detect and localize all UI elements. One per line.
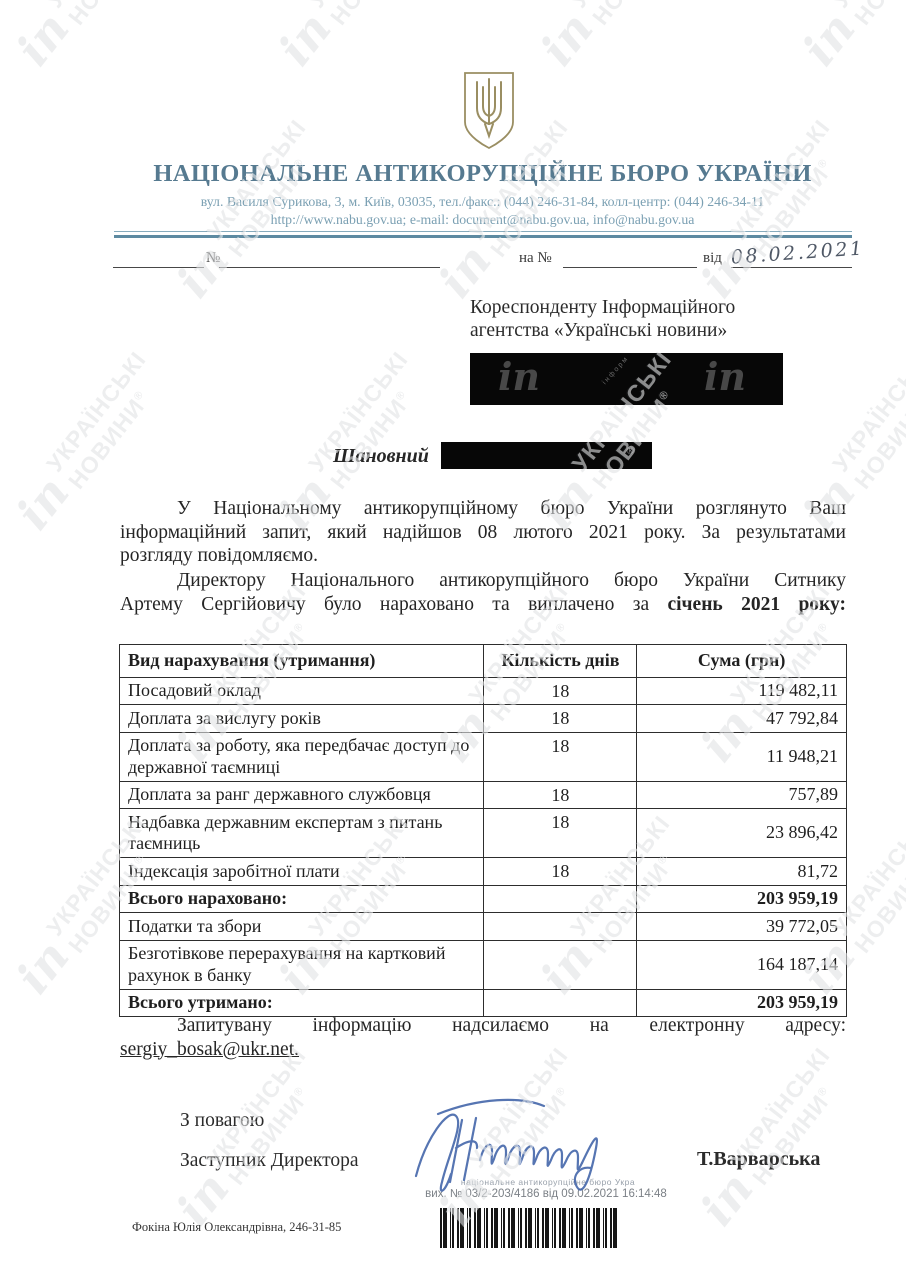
handwritten-date: 08.02.2021 (730, 237, 865, 268)
table-cell: 203 959,19 (637, 989, 847, 1017)
watermark-logo-icon: іп (6, 466, 80, 539)
table-cell: Доплата за роботу, яка передбачає доступ… (120, 732, 484, 781)
p2-line1: Директору Національного антикорупційного… (120, 569, 846, 593)
redaction-box-name: ® (441, 442, 652, 469)
table-row: Доплата за вислугу років1847 792,84 (120, 705, 847, 733)
addressee-line1: Кореспонденту Інформаційного (470, 296, 810, 319)
table-cell: Індексація заробітної плати (120, 858, 484, 886)
paragraph-1: У Національному антикорупційному бюро Ук… (120, 497, 846, 568)
table-row: Індексація заробітної плати1881,72 (120, 858, 847, 886)
closing-line1: Запитувану інформацію надсилаємо на елек… (120, 1014, 846, 1038)
watermark-text: УКРАЇНСЬКІНОВИНИ® (42, 0, 172, 29)
watermark-logo-icon: іп (166, 234, 240, 307)
table-cell: Доплата за ранг державного службовця (120, 781, 484, 809)
watermark-tile: іпУКРАЇНСЬКІНОВИНИ® (690, 1042, 857, 1235)
outgoing-number-line2 (219, 249, 440, 268)
table-row: Податки та збори39 772,05 (120, 913, 847, 941)
watermark-text: УКРАЇНСЬКІНОВИНИ® (304, 347, 434, 493)
table-cell: 11 948,21 (637, 732, 847, 781)
table-cell (484, 989, 637, 1017)
outgoing-number-line (113, 249, 204, 268)
salary-table: Вид нарахування (утримання) Кількість дн… (119, 644, 847, 1017)
watermark-tile: іпУКРАЇНСЬКІНОВИНИ® (6, 0, 173, 76)
date-line: 08.02.2021 (731, 245, 852, 268)
table-cell: Всього утримано: (120, 989, 484, 1017)
registered-mark: ® (626, 446, 634, 457)
table-cell: 164 187,14 (637, 940, 847, 989)
watermark-text: УКРАЇНСЬКІНОВИНИ® (42, 347, 172, 493)
addressee-block: Кореспонденту Інформаційного агентства «… (470, 296, 810, 342)
email-address: sergiy_bosak@ukr.net. (120, 1039, 299, 1060)
table-row: Посадовий оклад18119 482,11 (120, 677, 847, 705)
salary-table-body: Посадовий оклад18119 482,11Доплата за ви… (120, 677, 847, 1017)
table-row: Всього утримано:203 959,19 (120, 989, 847, 1017)
watermark-tile: іпУКРАЇНСЬКІНОВИНИ® (690, 114, 857, 307)
executor-contact: Фокіна Юлія Олександрівна, 246-31-85 (132, 1220, 341, 1235)
table-row: Доплата за ранг державного службовця1875… (120, 781, 847, 809)
p1-line2: інформаційний запит, який надійшов 08 лю… (120, 521, 846, 545)
table-cell: Безготівкове перерахування на картковий … (120, 940, 484, 989)
table-cell: Надбавка державним експертам з питань та… (120, 809, 484, 858)
watermark-logo-icon: іп (6, 2, 80, 75)
vid-label: від (703, 250, 722, 267)
p2-line2-normal: Артему Сергійовичу було нараховано та ви… (120, 594, 649, 615)
watermark-logo-icon: іп (530, 2, 604, 75)
table-row: Доплата за роботу, яка передбачає доступ… (120, 732, 847, 781)
table-row: Надбавка державним експертам з питань та… (120, 809, 847, 858)
na-no-label: на № (519, 250, 552, 267)
table-cell (484, 940, 637, 989)
table-cell: 18 (484, 677, 637, 705)
table-cell: Посадовий оклад (120, 677, 484, 705)
salutation-line: Шановний® (333, 442, 652, 469)
table-cell: 18 (484, 705, 637, 733)
watermark-logo-icon: іп (268, 2, 342, 75)
table-cell: 18 (484, 858, 637, 886)
org-address: вул. Василя Сурикова, 3, м. Київ, 03035,… (60, 194, 905, 210)
trident-emblem-icon (461, 70, 517, 152)
table-cell: 23 896,42 (637, 809, 847, 858)
table-cell: 18 (484, 809, 637, 858)
watermark-logo-icon: іп (792, 2, 866, 75)
table-cell: Доплата за вислугу років (120, 705, 484, 733)
watermark-tile: іпУКРАЇНСЬКІНОВИНИ® (166, 1042, 333, 1235)
closing-paragraph: Запитувану інформацію надсилаємо на елек… (120, 1014, 846, 1061)
p1-line1: У Національному антикорупційному бюро Ук… (120, 497, 846, 521)
header-sum: Сума (грн) (637, 645, 847, 678)
watermark-text: УКРАЇНСЬКІНОВИНИ® (202, 115, 332, 261)
signer-name: Т.Варварська (697, 1148, 820, 1171)
table-cell: Всього нараховано: (120, 885, 484, 913)
signature-ink (398, 1096, 646, 1204)
table-cell (484, 913, 637, 941)
table-cell: 47 792,84 (637, 705, 847, 733)
watermark-text: УКРАЇНСЬКІНОВИНИ® (566, 0, 696, 29)
table-cell: 203 959,19 (637, 885, 847, 913)
watermark-logo-icon: іп (690, 1162, 764, 1235)
table-cell: Податки та збори (120, 913, 484, 941)
table-cell: 81,72 (637, 858, 847, 886)
watermark-text: УКРАЇНСЬКІНОВИНИ® (828, 0, 906, 29)
table-cell: 39 772,05 (637, 913, 847, 941)
table-cell (484, 885, 637, 913)
ghost-logo-icon: іп (704, 354, 746, 399)
table-cell: 18 (484, 781, 637, 809)
watermark-tile: іпУКРАЇНСЬКІНОВИНИ® (268, 0, 435, 76)
incoming-number-line (563, 249, 697, 268)
paragraph-2: Директору Національного антикорупційного… (120, 569, 846, 616)
p1-line3: розгляду повідомляємо. (120, 544, 846, 568)
p2-line2: Артему Сергійовичу було нараховано та ви… (120, 593, 846, 617)
table-cell: 18 (484, 732, 637, 781)
redaction-box-addressee: іп інформ іп (470, 353, 783, 405)
header-rule (114, 231, 852, 238)
header-days: Кількість днів (484, 645, 637, 678)
regards-text: З повагою (180, 1110, 264, 1132)
org-name: НАЦІОНАЛЬНЕ АНТИКОРУПЦІЙНЕ БЮРО УКРАЇНИ (60, 160, 905, 188)
watermark-tile: іпУКРАЇНСЬКІНОВИНИ® (166, 114, 333, 307)
table-header-row: Вид нарахування (утримання) Кількість дн… (120, 645, 847, 678)
table-row: Безготівкове перерахування на картковий … (120, 940, 847, 989)
watermark-layer: іпУКРАЇНСЬКІНОВИНИ®іпУКРАЇНСЬКІНОВИНИ®іп… (0, 0, 906, 1280)
org-contacts: http://www.nabu.gov.ua; e-mail: document… (60, 212, 905, 228)
addressee-line2: агентства «Українські новини» (470, 319, 810, 342)
watermark-text: УКРАЇНСЬКІНОВИНИ® (828, 347, 906, 493)
table-row: Всього нараховано:203 959,19 (120, 885, 847, 913)
header-type: Вид нарахування (утримання) (120, 645, 484, 678)
watermark-logo-icon: іп (6, 930, 80, 1003)
stamp-barcode (440, 1208, 618, 1248)
watermark-text: УКРАЇНСЬКІНОВИНИ® (304, 0, 434, 29)
salutation-prefix: Шановний (333, 445, 429, 467)
ghost-micro-text: інформ (601, 355, 630, 386)
signer-position: Заступник Директора (180, 1150, 359, 1172)
p2-line2-bold: січень 2021 року: (667, 594, 846, 615)
watermark-tile: іпУКРАЇНСЬКІНОВИНИ® (792, 0, 906, 76)
watermark-tile: іпУКРАЇНСЬКІНОВИНИ® (530, 0, 697, 76)
table-cell: 757,89 (637, 781, 847, 809)
table-cell: 119 482,11 (637, 677, 847, 705)
scanned-letter-page: іпУКРАЇНСЬКІНОВИНИ®іпУКРАЇНСЬКІНОВИНИ®іп… (0, 0, 906, 1280)
ghost-logo-icon: іп (498, 354, 540, 399)
